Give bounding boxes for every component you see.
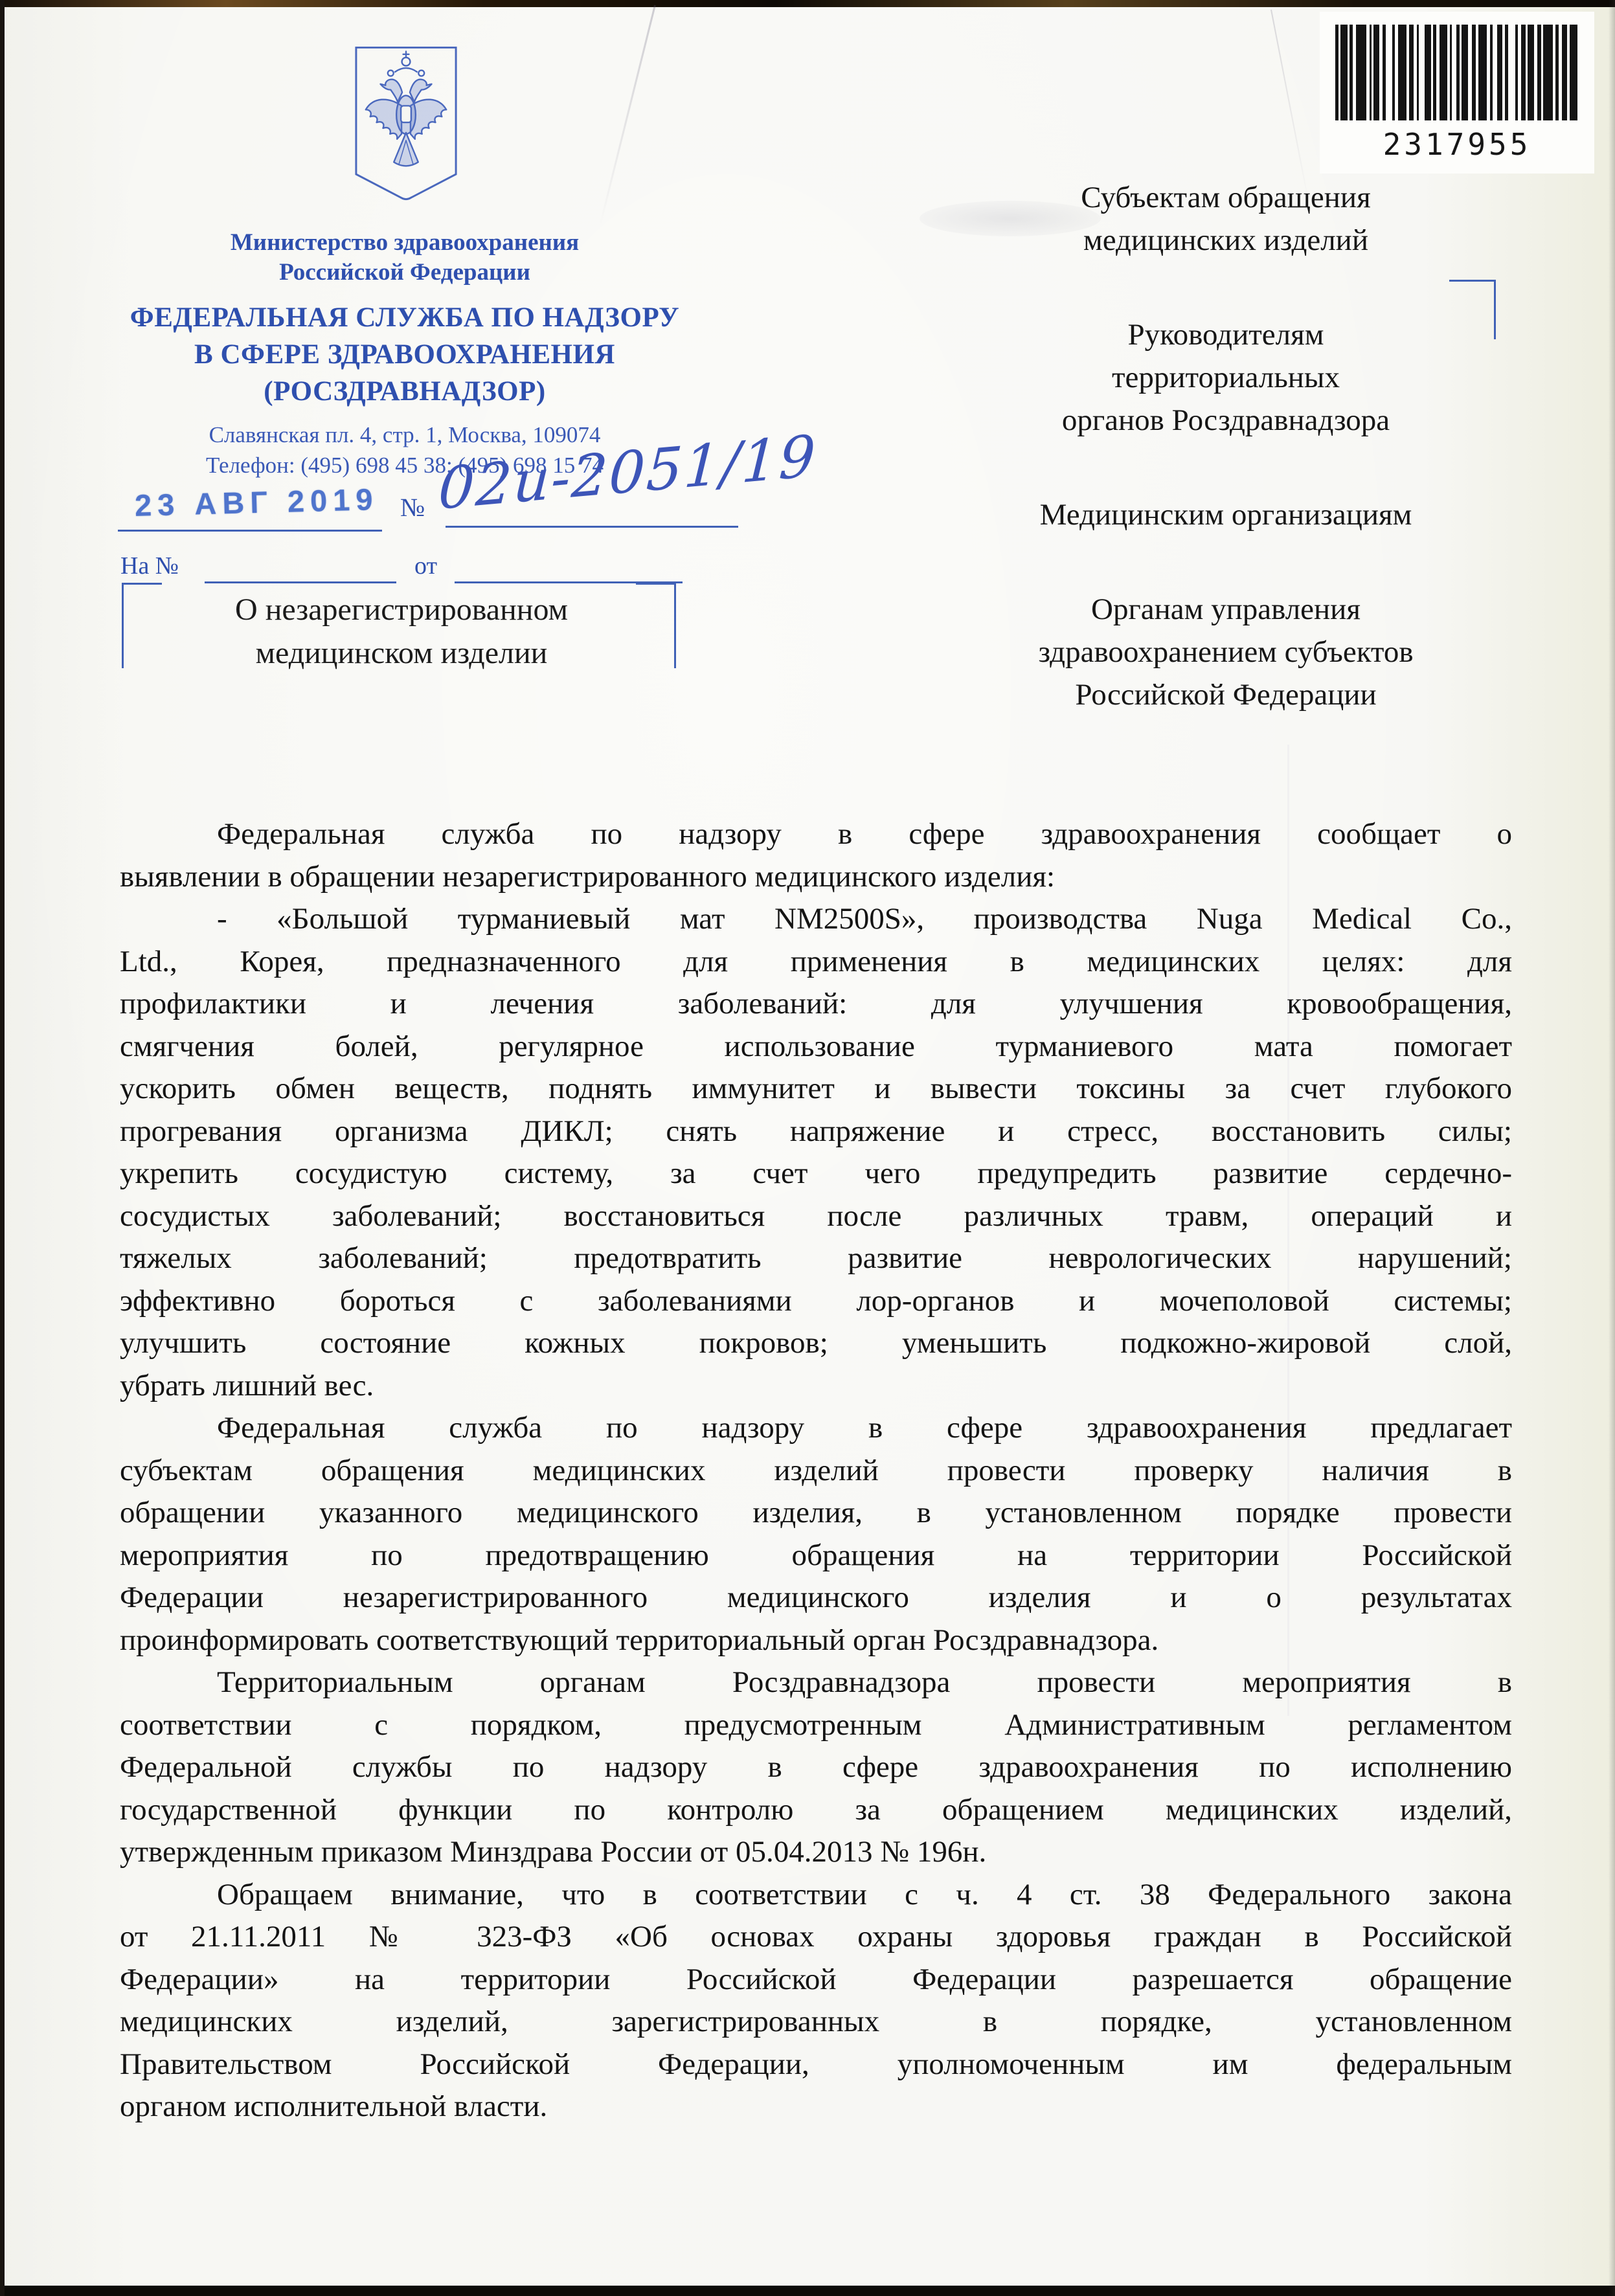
body-text-line: Федеральная служба по надзору в сфере зд… bbox=[120, 1407, 1512, 1450]
body-text-line: Обращаем внимание, что в соответствии с … bbox=[120, 1874, 1512, 1917]
letter-body: Федеральная служба по надзору в сфере зд… bbox=[120, 813, 1512, 2128]
reply-to-label: На № bbox=[120, 552, 179, 580]
body-text-line: Территориальным органам Росздравнадзора … bbox=[120, 1661, 1512, 1704]
service-line1: ФЕДЕРАЛЬНАЯ СЛУЖБА ПО НАДЗОРУ bbox=[62, 299, 748, 336]
body-text-line: профилактики и лечения заболеваний: для … bbox=[120, 983, 1512, 1026]
service-name: ФЕДЕРАЛЬНАЯ СЛУЖБА ПО НАДЗОРУ В СФЕРЕ ЗД… bbox=[62, 299, 748, 410]
recipient-group: Органам управленияздравоохранением субъе… bbox=[899, 588, 1553, 716]
body-text-line: обращении указанного медицинского издели… bbox=[120, 1492, 1512, 1535]
from-date-label: от bbox=[414, 552, 437, 580]
subject-line: О незарегистрированном медицинском издел… bbox=[162, 588, 641, 675]
date-stamp: 23 АВГ 2019 bbox=[134, 481, 379, 523]
body-text-line: Ltd., Корея, предназначенного для примен… bbox=[120, 941, 1512, 984]
body-text-line: субъектам обращения медицинских изделий … bbox=[120, 1450, 1512, 1492]
body-text-line: ускорить обмен веществ, поднять иммуните… bbox=[120, 1068, 1512, 1110]
recipient-line: Органам управления bbox=[899, 588, 1553, 631]
barcode-block: 2317955 bbox=[1320, 12, 1594, 174]
recipient-line: Субъектам обращения bbox=[899, 176, 1553, 219]
body-text-line: Правительством Российской Федерации, упо… bbox=[120, 2043, 1512, 2086]
body-text-line: Федеральной службы по надзору в сфере зд… bbox=[120, 1746, 1512, 1789]
paper-crease bbox=[1271, 10, 1309, 201]
recipient-line: Медицинским организациям bbox=[899, 493, 1553, 536]
barcode-icon bbox=[1335, 25, 1580, 120]
ministry-line2: Российской Федерации bbox=[62, 258, 748, 287]
reply-number-underline bbox=[205, 581, 396, 583]
scan-edge-top bbox=[0, 0, 1615, 7]
service-line2: В СФЕРЕ ЗДРАВООХРАНЕНИЯ bbox=[62, 336, 748, 373]
body-text-line: эффективно бороться с заболеваниями лор-… bbox=[120, 1280, 1512, 1323]
body-text-line: утвержденным приказом Минздрава России о… bbox=[120, 1831, 1512, 1874]
scan-edge-right bbox=[1609, 0, 1615, 2296]
body-text-line: улучшить состояние кожных покровов; умен… bbox=[120, 1322, 1512, 1365]
scanned-letter-page: Министерство здравоохранения Российской … bbox=[0, 0, 1615, 2296]
coat-of-arms-icon bbox=[352, 40, 460, 212]
recipient-line: Руководителям bbox=[899, 313, 1553, 356]
ministry-line1: Министерство здравоохранения bbox=[62, 228, 748, 258]
body-text-line: медицинских изделий, зарегистрированных … bbox=[120, 2001, 1512, 2043]
body-text-line: укрепить сосудистую систему, за счет чег… bbox=[120, 1153, 1512, 1195]
body-text-line: - «Большой турманиевый мат NM2500S», про… bbox=[120, 898, 1512, 941]
body-text-line: Федерации» на территории Российской Феде… bbox=[120, 1959, 1512, 2001]
body-text-line: мероприятия по предотвращению обращения … bbox=[120, 1535, 1512, 1577]
scan-edge-bottom bbox=[0, 2286, 1615, 2296]
recipient-group: Руководителямтерриториальныхорганов Росз… bbox=[899, 313, 1553, 442]
body-text-line: соответствии с порядком, предусмотренным… bbox=[120, 1704, 1512, 1747]
number-sign: № bbox=[400, 492, 425, 523]
body-text-line: государственной функции по контролю за о… bbox=[120, 1789, 1512, 1832]
paper-crease bbox=[599, 5, 656, 225]
body-text-line: прогревания организма ДИКЛ; снять напряж… bbox=[120, 1110, 1512, 1153]
body-text-line: проинформировать соответствующий террито… bbox=[120, 1619, 1512, 1662]
body-text-line: Федеральная служба по надзору в сфере зд… bbox=[120, 813, 1512, 856]
body-text-line: органом исполнительной власти. bbox=[120, 2086, 1512, 2128]
recipient-line: здравоохранением субъектов bbox=[899, 631, 1553, 673]
recipient-line: органов Росздравнадзора bbox=[899, 399, 1553, 442]
recipients: Субъектам обращениямедицинских изделийРу… bbox=[899, 176, 1553, 768]
number-underline bbox=[446, 526, 738, 528]
barcode-number: 2317955 bbox=[1320, 127, 1594, 162]
body-text-line: смягчения болей, регулярное использовани… bbox=[120, 1026, 1512, 1068]
recipient-line: Российской Федерации bbox=[899, 673, 1553, 716]
recipient-group: Медицинским организациям bbox=[899, 493, 1553, 536]
subject-line1: О незарегистрированном bbox=[162, 588, 641, 631]
recipient-line: медицинских изделий bbox=[899, 219, 1553, 262]
recipient-line: территориальных bbox=[899, 356, 1553, 399]
recipient-group: Субъектам обращениямедицинских изделий bbox=[899, 176, 1553, 262]
body-text-line: выявлении в обращении незарегистрированн… bbox=[120, 856, 1512, 899]
date-underline bbox=[118, 530, 382, 532]
body-text-line: сосудистых заболеваний; восстановиться п… bbox=[120, 1195, 1512, 1238]
body-text-line: от 21.11.2011 № 323-ФЗ «Об основах охран… bbox=[120, 1916, 1512, 1959]
body-text-line: Федерации незарегистрированного медицинс… bbox=[120, 1577, 1512, 1619]
body-text-line: тяжелых заболеваний; предотвратить разви… bbox=[120, 1237, 1512, 1280]
body-text-line: убрать лишний вес. bbox=[120, 1365, 1512, 1408]
scan-edge-left bbox=[0, 0, 5, 2296]
subject-line2: медицинском изделии bbox=[162, 631, 641, 675]
service-line3: (РОСЗДРАВНАДЗОР) bbox=[62, 373, 748, 410]
ministry-name: Министерство здравоохранения Российской … bbox=[62, 228, 748, 287]
